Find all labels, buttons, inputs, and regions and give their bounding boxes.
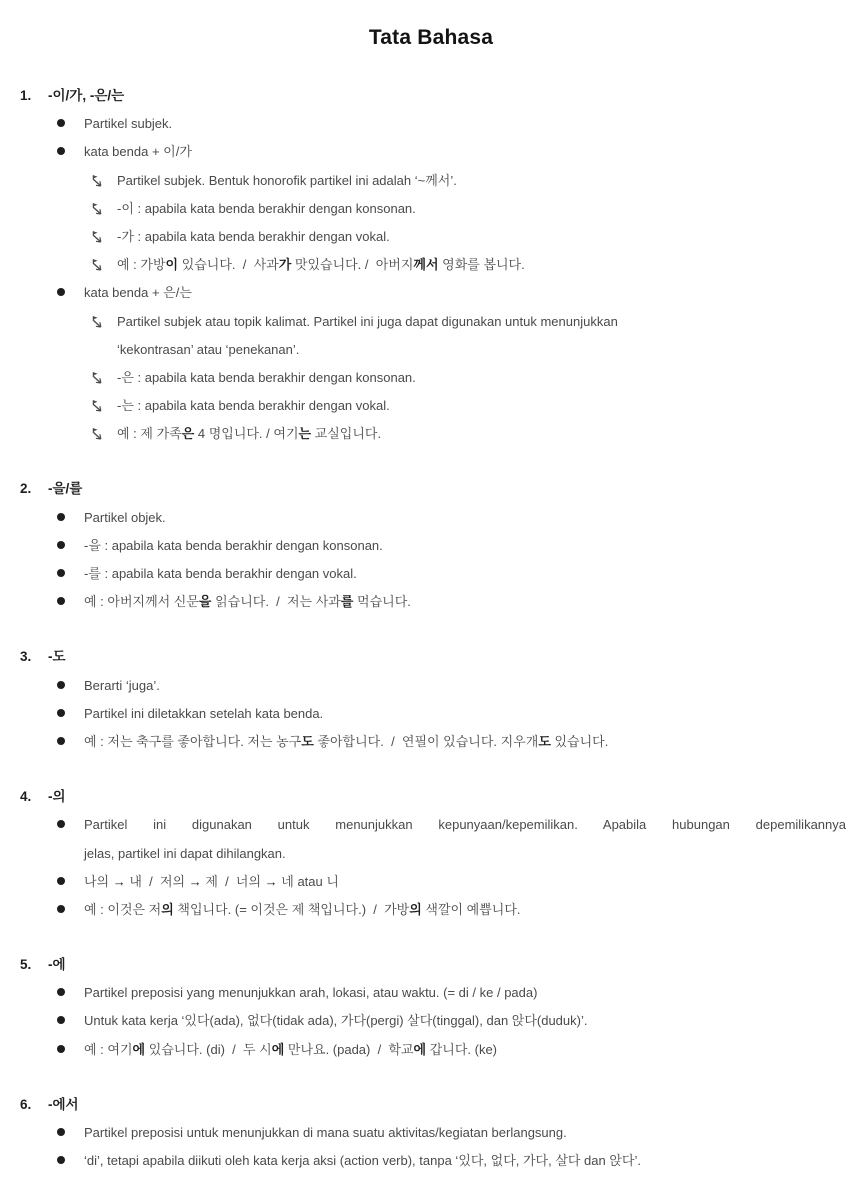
list-item: 예 : 저는 축구를 좋아합니다. 저는 농구도 좋아합니다. / 연필이 있습…	[0, 728, 862, 756]
bullet-icon	[57, 988, 65, 996]
sub-list-item: -이 : apabila kata benda berakhir dengan …	[0, 195, 862, 223]
row-text: -는 : apabila kata benda berakhir dengan …	[117, 398, 390, 413]
list-item: 예 : 여기에 있습니다. (di) / 두 시에 만나요. (pada) / …	[0, 1036, 862, 1064]
text: Partikel preposisi yang menunjukkan arah…	[84, 985, 537, 1000]
sub-arrow-icon	[90, 195, 117, 223]
sub-arrow-icon	[90, 167, 117, 195]
section-heading: 2.-을/를	[0, 475, 862, 503]
row-text: -이 : apabila kata benda berakhir dengan …	[117, 201, 416, 216]
text: 예 : 가방	[117, 257, 166, 272]
sub-arrow-icon	[90, 392, 117, 420]
row-text: 예 : 가방이 있습니다. / 사과가 맛있습니다. / 아버지께서 영화를 봅…	[117, 257, 525, 272]
list-item: Untuk kata kerja ‘있다(ada), 없다(tidak ada)…	[0, 1007, 862, 1035]
text: 책입니다. (= 이것은 제 책입니다.) / 가방	[174, 902, 409, 917]
text: Partikel objek.	[84, 510, 166, 525]
row-text: Partikel ini diletakkan setelah kata ben…	[84, 706, 323, 721]
row-text: 나의 → 내 / 저의 → 제 / 너의 → 네 atau 니	[84, 874, 339, 889]
text: 예 : 아버지께서 신문	[84, 594, 199, 609]
bullet-icon-wrap	[57, 728, 84, 756]
text: ‘di’, tetapi apabila diikuti oleh kata k…	[84, 1153, 641, 1168]
bullet-icon	[57, 1016, 65, 1024]
list-item: Partikel subjek.	[0, 110, 862, 138]
text: 4 명입니다. / 여기	[194, 426, 298, 441]
emphasized-text: 이	[166, 257, 179, 272]
section: 5.-에Partikel preposisi yang menunjukkan …	[0, 951, 862, 1064]
text: Untuk kata kerja ‘있다(ada), 없다(tidak ada)…	[84, 1013, 587, 1028]
bullet-icon	[57, 597, 65, 605]
row-text: ‘kekontrasan’ atau ‘penekanan’.	[117, 342, 299, 357]
bullet-icon	[57, 569, 65, 577]
section-number: 4.	[20, 783, 48, 811]
bullet-icon-wrap	[57, 1036, 84, 1064]
list-item: kata benda + 이/가	[0, 138, 862, 166]
emphasized-text: 도	[301, 734, 314, 749]
sub-list-item: 예 : 제 가족은 4 명입니다. / 여기는 교실입니다.	[0, 420, 862, 448]
list-item: 나의 → 내 / 저의 → 제 / 너의 → 네 atau 니	[0, 868, 862, 896]
bullet-icon-wrap	[57, 110, 84, 138]
bullet-icon-wrap	[57, 700, 84, 728]
bullet-icon-wrap	[57, 279, 84, 307]
section-number: 2.	[20, 475, 48, 503]
text: Partikel ini digunakan untuk menunjukkan…	[84, 817, 846, 832]
sub-arrow-icon	[90, 308, 117, 336]
sub-arrow-icon	[90, 251, 117, 279]
emphasized-text: →	[113, 874, 126, 889]
text: 내 / 저의	[126, 874, 189, 889]
text: 교실입니다.	[311, 426, 381, 441]
text: -를 : apabila kata benda berakhir dengan …	[84, 566, 357, 581]
text: 예 : 여기	[84, 1042, 133, 1057]
bullet-icon	[57, 820, 65, 828]
row-text: Partikel subjek. Bentuk honorofik partik…	[117, 173, 457, 188]
row-text: kata benda + 이/가	[84, 144, 192, 159]
emphasized-text: 에	[133, 1042, 146, 1057]
page-title: Tata Bahasa	[0, 25, 862, 51]
text: ‘kekontrasan’ atau ‘penekanan’.	[117, 342, 299, 357]
text: Partikel subjek.	[84, 116, 172, 131]
text: Partikel preposisi untuk menunjukkan di …	[84, 1125, 567, 1140]
bullet-icon-wrap	[57, 1147, 84, 1175]
bullet-icon-wrap	[57, 588, 84, 616]
row-text: Partikel ini digunakan untuk menunjukkan…	[84, 817, 846, 832]
bullet-icon	[57, 905, 65, 913]
text: 좋아합니다. / 연필이 있습니다. 지우개	[314, 734, 539, 749]
section-heading: 5.-에	[0, 951, 862, 979]
list-item: 예 : 아버지께서 신문을 읽습니다. / 저는 사과를 먹습니다.	[0, 588, 862, 616]
row-text: jelas, partikel ini dapat dihilangkan.	[84, 846, 286, 861]
text: 예 : 저는 축구를 좋아합니다. 저는 농구	[84, 734, 301, 749]
text: kata benda + 은/는	[84, 285, 192, 300]
bullet-icon	[57, 1128, 65, 1136]
row-text: Partikel subjek.	[84, 116, 172, 131]
section: 4.-의Partikel ini digunakan untuk menunju…	[0, 783, 862, 924]
list-item: Partikel preposisi yang menunjukkan arah…	[0, 979, 862, 1007]
section-heading: 6.-에서	[0, 1091, 862, 1119]
section: 2.-을/를Partikel objek.-을 : apabila kata b…	[0, 475, 862, 616]
section-heading-label: -에	[48, 957, 66, 972]
text: 예 : 이것은 저	[84, 902, 161, 917]
text: -을 : apabila kata benda berakhir dengan …	[84, 538, 383, 553]
row-text: 예 : 제 가족은 4 명입니다. / 여기는 교실입니다.	[117, 426, 381, 441]
row-text: -은 : apabila kata benda berakhir dengan …	[117, 370, 416, 385]
section-heading: 1.-이/가, -은/는	[0, 82, 862, 110]
section-heading-label: -의	[48, 789, 66, 804]
text: 있습니다. / 사과	[178, 257, 279, 272]
text: 영화를 봅니다.	[439, 257, 525, 272]
emphasized-text: 가	[279, 257, 292, 272]
text: 맛있습니다. / 아버지	[291, 257, 413, 272]
list-item: -을 : apabila kata benda berakhir dengan …	[0, 532, 862, 560]
list-item: Partikel preposisi untuk menunjukkan di …	[0, 1119, 862, 1147]
bullet-icon-wrap	[57, 811, 84, 839]
emphasized-text: 의	[409, 902, 422, 917]
section: 3.-도Berarti ‘juga’.Partikel ini diletakk…	[0, 643, 862, 756]
text: 나의	[84, 874, 113, 889]
row-text: 예 : 여기에 있습니다. (di) / 두 시에 만나요. (pada) / …	[84, 1042, 497, 1057]
row-text: -가 : apabila kata benda berakhir dengan …	[117, 229, 390, 244]
bullet-icon-wrap	[57, 672, 84, 700]
bullet-icon	[57, 541, 65, 549]
text: 예 : 제 가족	[117, 426, 182, 441]
sub-list-item: -은 : apabila kata benda berakhir dengan …	[0, 364, 862, 392]
emphasized-text: 는	[299, 426, 312, 441]
bullet-icon	[57, 681, 65, 689]
row-text: ‘di’, tetapi apabila diikuti oleh kata k…	[84, 1153, 641, 1168]
list-item: ‘di’, tetapi apabila diikuti oleh kata k…	[0, 1147, 862, 1175]
section-number: 1.	[20, 82, 48, 110]
bullet-icon-wrap	[57, 896, 84, 924]
emphasized-text: 도	[538, 734, 551, 749]
section-number: 5.	[20, 951, 48, 979]
text: 색깔이 예쁩니다.	[422, 902, 521, 917]
text: 만나요. (pada) / 학교	[284, 1042, 413, 1057]
section-heading-label: -도	[48, 649, 66, 664]
row-text: 예 : 아버지께서 신문을 읽습니다. / 저는 사과를 먹습니다.	[84, 594, 411, 609]
bullet-icon	[57, 288, 65, 296]
text: Partikel subjek. Bentuk honorofik partik…	[117, 173, 457, 188]
sub-list-item: 예 : 가방이 있습니다. / 사과가 맛있습니다. / 아버지께서 영화를 봅…	[0, 251, 862, 279]
sub-arrow-icon	[90, 420, 117, 448]
bullet-icon-wrap	[57, 532, 84, 560]
section-number: 6.	[20, 1091, 48, 1119]
list-item-continuation: ‘kekontrasan’ atau ‘penekanan’.	[0, 336, 862, 364]
bullet-icon	[57, 709, 65, 717]
document-content: 1.-이/가, -은/는Partikel subjek.kata benda +…	[0, 82, 862, 1175]
section-heading-label: -을/를	[48, 481, 82, 496]
text: -가 : apabila kata benda berakhir dengan …	[117, 229, 390, 244]
section-heading: 4.-의	[0, 783, 862, 811]
row-text: Partikel preposisi yang menunjukkan arah…	[84, 985, 537, 1000]
section-heading: 3.-도	[0, 643, 862, 671]
bullet-icon	[57, 1045, 65, 1053]
text: -이 : apabila kata benda berakhir dengan …	[117, 201, 416, 216]
row-text: -을 : apabila kata benda berakhir dengan …	[84, 538, 383, 553]
bullet-icon	[57, 1156, 65, 1164]
bullet-icon-wrap	[57, 1007, 84, 1035]
text: jelas, partikel ini dapat dihilangkan.	[84, 846, 286, 861]
text: 제 / 너의	[202, 874, 265, 889]
text: Partikel subjek atau topik kalimat. Part…	[117, 314, 618, 329]
text: Partikel ini diletakkan setelah kata ben…	[84, 706, 323, 721]
bullet-icon	[57, 877, 65, 885]
section: 1.-이/가, -은/는Partikel subjek.kata benda +…	[0, 82, 862, 448]
bullet-icon-wrap	[57, 138, 84, 166]
bullet-icon	[57, 119, 65, 127]
bullet-icon-wrap	[57, 979, 84, 1007]
list-item-continuation: jelas, partikel ini dapat dihilangkan.	[0, 840, 862, 868]
text: 있습니다.	[551, 734, 608, 749]
text: kata benda + 이/가	[84, 144, 192, 159]
emphasized-text: 를	[341, 594, 354, 609]
emphasized-text: 에	[272, 1042, 285, 1057]
row-text: Untuk kata kerja ‘있다(ada), 없다(tidak ada)…	[84, 1013, 587, 1028]
section-heading-label: -에서	[48, 1097, 79, 1112]
text: -은 : apabila kata benda berakhir dengan …	[117, 370, 416, 385]
list-item: -를 : apabila kata benda berakhir dengan …	[0, 560, 862, 588]
sub-arrow-icon	[90, 223, 117, 251]
text: 있습니다. (di) / 두 시	[145, 1042, 272, 1057]
section: 6.-에서Partikel preposisi untuk menunjukka…	[0, 1091, 862, 1176]
sub-list-item: Partikel subjek. Bentuk honorofik partik…	[0, 167, 862, 195]
text: 읽습니다. / 저는 사과	[211, 594, 340, 609]
sub-list-item: Partikel subjek atau topik kalimat. Part…	[0, 308, 862, 336]
list-item: Partikel objek.	[0, 504, 862, 532]
bullet-icon-wrap	[57, 504, 84, 532]
emphasized-text: →	[189, 874, 202, 889]
row-text: kata benda + 은/는	[84, 285, 192, 300]
bullet-icon-wrap	[57, 868, 84, 896]
document-page: Tata Bahasa 1.-이/가, -은/는Partikel subjek.…	[0, 0, 862, 1175]
text: -는 : apabila kata benda berakhir dengan …	[117, 398, 390, 413]
row-text: Partikel preposisi untuk menunjukkan di …	[84, 1125, 567, 1140]
row-text: -를 : apabila kata benda berakhir dengan …	[84, 566, 357, 581]
bullet-icon-wrap	[57, 1119, 84, 1147]
emphasized-text: 께서	[413, 257, 438, 272]
bullet-icon-wrap	[57, 560, 84, 588]
text: Berarti ‘juga’.	[84, 678, 160, 693]
sub-list-item: -는 : apabila kata benda berakhir dengan …	[0, 392, 862, 420]
emphasized-text: 을	[199, 594, 212, 609]
bullet-icon	[57, 737, 65, 745]
row-text: Partikel objek.	[84, 510, 166, 525]
list-item: Berarti ‘juga’.	[0, 672, 862, 700]
row-text: Partikel subjek atau topik kalimat. Part…	[117, 314, 618, 329]
emphasized-text: 은	[182, 426, 195, 441]
text: 갑니다. (ke)	[426, 1042, 497, 1057]
bullet-icon	[57, 147, 65, 155]
sub-list-item: -가 : apabila kata benda berakhir dengan …	[0, 223, 862, 251]
list-item: Partikel ini digunakan untuk menunjukkan…	[0, 811, 862, 839]
text: 네 atau 니	[278, 874, 339, 889]
section-number: 3.	[20, 643, 48, 671]
sub-arrow-icon	[90, 364, 117, 392]
emphasized-text: 의	[161, 902, 174, 917]
row-text: 예 : 저는 축구를 좋아합니다. 저는 농구도 좋아합니다. / 연필이 있습…	[84, 734, 608, 749]
list-item: kata benda + 은/는	[0, 279, 862, 307]
text: 먹습니다.	[353, 594, 410, 609]
list-item: Partikel ini diletakkan setelah kata ben…	[0, 700, 862, 728]
emphasized-text: 에	[414, 1042, 427, 1057]
section-heading-label: -이/가, -은/는	[48, 88, 124, 103]
list-item: 예 : 이것은 저의 책입니다. (= 이것은 제 책입니다.) / 가방의 색…	[0, 896, 862, 924]
bullet-icon	[57, 513, 65, 521]
emphasized-text: →	[265, 874, 278, 889]
row-text: 예 : 이것은 저의 책입니다. (= 이것은 제 책입니다.) / 가방의 색…	[84, 902, 521, 917]
row-text: Berarti ‘juga’.	[84, 678, 160, 693]
